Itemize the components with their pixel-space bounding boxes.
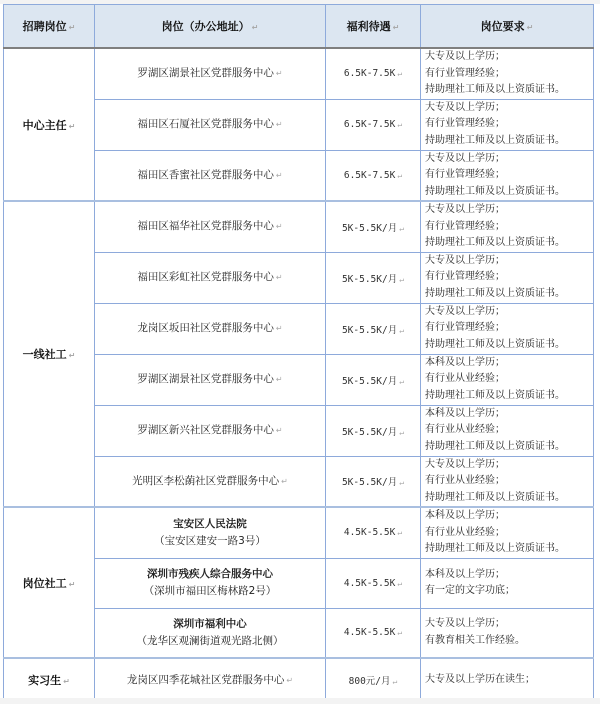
salary-cell: 6.5K-7.5K↵ <box>326 150 421 201</box>
requirement-line: 有行业管理经验； <box>425 66 593 83</box>
location-cell: 福田区香蜜社区党群服务中心↵ <box>95 150 326 201</box>
requirements-cell: 本科及以上学历； 有行业从业经验； 持助理社工师及以上资质证书。 <box>421 507 594 558</box>
requirement-line: 持助理社工师及以上资质证书。 <box>425 541 593 558</box>
table-header-row: 招聘岗位↵ 岗位（办公地址）↵ 福利待遇↵ 岗位要求↵ <box>4 5 594 49</box>
category-cell: 中心主任↵ <box>4 48 95 201</box>
location-cell: 光明区李松蓢社区党群服务中心↵ <box>95 456 326 507</box>
requirement-line: 有行业管理经验； <box>425 219 593 236</box>
location-name: 深圳市残疾人综合服务中心 <box>95 566 325 583</box>
header-requirements: 岗位要求↵ <box>421 5 594 49</box>
requirement-line: 持助理社工师及以上资质证书。 <box>425 133 593 150</box>
requirement-line: 持助理社工师及以上资质证书。 <box>425 439 593 456</box>
requirements-cell: 大专及以上学历； 有行业管理经验； 持助理社工师及以上资质证书。 <box>421 201 594 252</box>
location-address: （宝安区建安一路3号） <box>95 533 325 550</box>
requirement-line: 有行业从业经验； <box>425 525 593 542</box>
requirements-cell: 大专及以上学历； 有行业管理经验； 持助理社工师及以上资质证书。 <box>421 303 594 354</box>
requirements-cell: 本科及以上学历； 有行业从业经验； 持助理社工师及以上资质证书。 <box>421 405 594 456</box>
location-name: 宝安区人民法院 <box>95 516 325 533</box>
salary-cell: 5K-5.5K/月↵ <box>326 303 421 354</box>
location-address: （龙华区观澜街道观光路北侧） <box>95 633 325 650</box>
requirement-line: 有教育相关工作经验。 <box>425 633 593 650</box>
requirement-line: 持助理社工师及以上资质证书。 <box>425 388 593 405</box>
location-cell: 龙岗区坂田社区党群服务中心↵ <box>95 303 326 354</box>
table-row: 岗位社工↵ 宝安区人民法院 （宝安区建安一路3号） 4.5K-5.5K↵ 本科及… <box>4 507 594 558</box>
recruitment-table: 招聘岗位↵ 岗位（办公地址）↵ 福利待遇↵ 岗位要求↵ 中心主任↵ 罗湖区湖景社… <box>3 4 594 703</box>
salary-cell: 5K-5.5K/月↵ <box>326 354 421 405</box>
requirement-line: 本科及以上学历； <box>425 406 593 423</box>
requirement-line: 持助理社工师及以上资质证书。 <box>425 235 593 252</box>
table-row: 一线社工↵ 福田区福华社区党群服务中心↵ 5K-5.5K/月↵ 大专及以上学历；… <box>4 201 594 252</box>
requirement-line: 有行业从业经验； <box>425 422 593 439</box>
header-salary: 福利待遇↵ <box>326 5 421 49</box>
location-cell: 福田区福华社区党群服务中心↵ <box>95 201 326 252</box>
salary-cell: 5K-5.5K/月↵ <box>326 201 421 252</box>
salary-cell: 4.5K-5.5K↵ <box>326 558 421 608</box>
requirement-line: 有行业管理经验； <box>425 320 593 337</box>
requirements-cell: 本科及以上学历； 有行业从业经验； 持助理社工师及以上资质证书。 <box>421 354 594 405</box>
location-cell: 罗湖区湖景社区党群服务中心↵ <box>95 48 326 99</box>
requirement-line: 本科及以上学历； <box>425 567 593 584</box>
category-cell: 岗位社工↵ <box>4 507 95 658</box>
requirement-line: 大专及以上学历； <box>425 151 593 168</box>
requirement-line: 大专及以上学历； <box>425 616 593 633</box>
requirements-cell: 大专及以上学历； 有教育相关工作经验。 <box>421 608 594 658</box>
category-cell: 实习生↵ <box>4 658 95 702</box>
header-position-category: 招聘岗位↵ <box>4 5 95 49</box>
salary-cell: 4.5K-5.5K↵ <box>326 608 421 658</box>
salary-cell: 800元/月↵ <box>326 658 421 702</box>
requirement-line: 大专及以上学历在读生； <box>425 672 593 689</box>
requirement-line: 持助理社工师及以上资质证书。 <box>425 337 593 354</box>
requirement-line: 持助理社工师及以上资质证书。 <box>425 184 593 201</box>
requirements-cell: 本科及以上学历； 有一定的文字功底； <box>421 558 594 608</box>
salary-cell: 6.5K-7.5K↵ <box>326 99 421 150</box>
requirement-line: 大专及以上学历； <box>425 253 593 270</box>
salary-cell: 5K-5.5K/月↵ <box>326 405 421 456</box>
location-cell: 深圳市福利中心 （龙华区观澜街道观光路北侧） <box>95 608 326 658</box>
requirement-line: 大专及以上学历； <box>425 457 593 474</box>
requirement-line: 持助理社工师及以上资质证书。 <box>425 286 593 303</box>
requirements-cell: 大专及以上学历； 有行业从业经验； 持助理社工师及以上资质证书。 <box>421 456 594 507</box>
requirement-line: 有行业管理经验； <box>425 167 593 184</box>
requirements-cell: 大专及以上学历； 有行业管理经验； 持助理社工师及以上资质证书。 <box>421 150 594 201</box>
requirement-line: 有一定的文字功底； <box>425 583 593 600</box>
requirement-line: 大专及以上学历； <box>425 304 593 321</box>
table-row: 中心主任↵ 罗湖区湖景社区党群服务中心↵ 6.5K-7.5K↵ 大专及以上学历；… <box>4 48 594 99</box>
location-name: 深圳市福利中心 <box>95 616 325 633</box>
location-cell: 福田区石厦社区党群服务中心↵ <box>95 99 326 150</box>
requirement-line: 有行业从业经验； <box>425 371 593 388</box>
requirement-line: 大专及以上学历； <box>425 202 593 219</box>
requirement-line: 大专及以上学历； <box>425 100 593 117</box>
requirements-cell: 大专及以上学历； 有行业管理经验； 持助理社工师及以上资质证书。 <box>421 252 594 303</box>
location-address: （深圳市福田区梅林路2号） <box>95 583 325 600</box>
requirement-line: 有行业管理经验； <box>425 116 593 133</box>
location-cell: 龙岗区四季花城社区党群服务中心↵ <box>95 658 326 702</box>
requirements-cell: 大专及以上学历； 有行业管理经验； 持助理社工师及以上资质证书。 <box>421 48 594 99</box>
location-cell: 罗湖区新兴社区党群服务中心↵ <box>95 405 326 456</box>
location-cell: 罗湖区湖景社区党群服务中心↵ <box>95 354 326 405</box>
requirement-line: 有行业管理经验； <box>425 269 593 286</box>
category-cell: 一线社工↵ <box>4 201 95 507</box>
salary-cell: 5K-5.5K/月↵ <box>326 456 421 507</box>
requirement-line: 本科及以上学历； <box>425 508 593 525</box>
requirements-cell: 大专及以上学历在读生； <box>421 658 594 702</box>
document-bottom-margin <box>0 698 600 704</box>
requirement-line: 持助理社工师及以上资质证书。 <box>425 490 593 507</box>
requirement-line: 有行业从业经验； <box>425 473 593 490</box>
location-cell: 福田区彩虹社区党群服务中心↵ <box>95 252 326 303</box>
requirement-line: 本科及以上学历； <box>425 355 593 372</box>
salary-cell: 6.5K-7.5K↵ <box>326 48 421 99</box>
salary-cell: 4.5K-5.5K↵ <box>326 507 421 558</box>
requirements-cell: 大专及以上学历； 有行业管理经验； 持助理社工师及以上资质证书。 <box>421 99 594 150</box>
location-cell: 深圳市残疾人综合服务中心 （深圳市福田区梅林路2号） <box>95 558 326 608</box>
table-row: 实习生↵ 龙岗区四季花城社区党群服务中心↵ 800元/月↵ 大专及以上学历在读生… <box>4 658 594 702</box>
requirement-line: 持助理社工师及以上资质证书。 <box>425 82 593 99</box>
salary-cell: 5K-5.5K/月↵ <box>326 252 421 303</box>
requirement-line: 大专及以上学历； <box>425 49 593 66</box>
header-position-location: 岗位（办公地址）↵ <box>95 5 326 49</box>
location-cell: 宝安区人民法院 （宝安区建安一路3号） <box>95 507 326 558</box>
